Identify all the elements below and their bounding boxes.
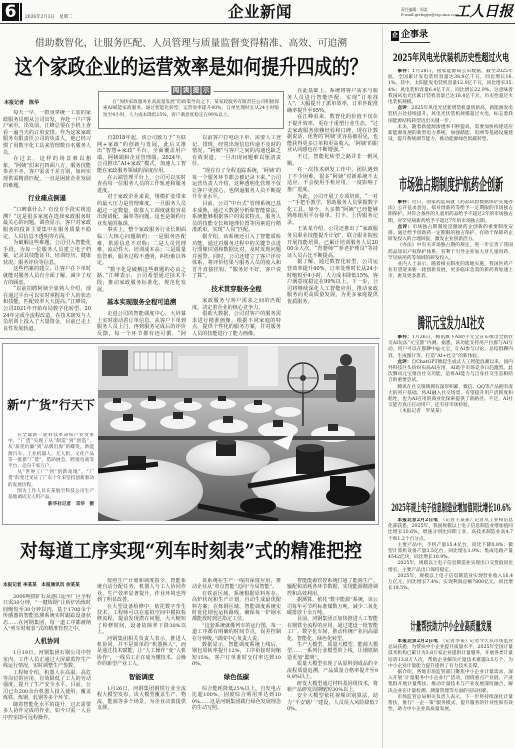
lead-label: 本报北京2月2日电: [397, 518, 438, 523]
paragraph: 目前，河钢集团正加快推进人工智能在钢铁全流程的应用，通过建设一批智能工厂、数字化…: [287, 616, 378, 642]
top-article-column-3: 以前客户打电话下单，需要人工登记、排班，经常出现信息传递不及时的情况，“阿姨”与…: [192, 135, 281, 337]
paragraph: 图为工作人员在某航空科技公司生产基地调试无人机产品。: [8, 489, 94, 501]
paragraph: 本报北京2月2日电 （记者王某某）记者从工业和信息化部获悉，2025年，我国规模…: [388, 518, 513, 543]
lead-label: 点评：: [397, 360, 411, 365]
paragraph: 在大型设备检修中，依托数字孪生技术，工程师可以在虚拟空间中模拟检修流程，提前发现…: [97, 604, 186, 636]
masthead-logo: 工人日报: [455, 3, 513, 21]
headline-text: 2025年风电光伏装机历史性超过火电: [392, 52, 508, 64]
paragraph: 自2018年起，该公司致力于“互联网+家政”的创新与发展，此后又推出“智慧+家政…: [97, 135, 186, 175]
paragraph: 为破解这些难题，公司引入智能化手段，为每一位服务人员建立电子档案，记录其技能证书…: [3, 240, 91, 266]
tip-title-char: 读: [182, 86, 191, 95]
paragraph: “现在有了全程追踪系统，‘阿姨’的每一个服务环节都会被记录下来。”公司运营负责人…: [192, 168, 281, 201]
sidebar-label-underline: [400, 42, 430, 43]
headline-text: 对每道工序实现“列车时刻表”式的精准把控: [20, 540, 362, 562]
paragraph: 事件：近日，国家药监局就《药品试验数据保护实施办法》公开征求意见，拟对创新药等给…: [388, 200, 513, 225]
paragraph: 1月19日，河钢集团石钢公司中控室内，工作人员正通过大屏幕监控生产线运行情况，实…: [3, 650, 91, 669]
section-title: 企业新闻: [228, 3, 292, 21]
paragraph: 借助大数据，公司对客户的服务需求进行精准画像，根据不同家庭的特点，提供个性化的服…: [192, 311, 281, 337]
paragraph: 研发大模型通过材料基因组技术，将新产品研发周期缩短30%以上。: [287, 681, 378, 694]
paragraph: 质量大模型实现了从原料到成品的全流程质量追溯，产品质量合格率提升至99.8%以上…: [287, 661, 378, 680]
paragraph: 在过去，这样的场景难以想象。“阿姨”们来自四面八方，服务技能参差不齐，客户需求千…: [3, 156, 91, 189]
bottom-article-column-2: 按照生产计划和调度指令，智能系统自动分配任务，机器人与工人协同作业，生产效率显著…: [97, 578, 186, 748]
newspaper-page: 6 2026年2月3日 星期二 企业新闻 责任编辑：周某 E-mail:grrb…: [0, 0, 515, 748]
paragraph: 主要产品中，手机产量15.4亿台，同比下降0.8%；微型计算机设备产量3.5亿台…: [388, 543, 513, 562]
top-article-column-4: 在此基础上，系统将客户需求与服务人员进行智能匹配，实现“订单找人”，大幅提升了派…: [287, 88, 378, 337]
subheading: 技术贯穿服务全程: [192, 286, 281, 294]
paragraph: 综合能耗降低25%以上，自发电占比超100%，固废综合利用率达到100%……这是…: [192, 686, 281, 712]
sidebar-item-4-body: 本报北京2月2日电 （记者王某某）记者从工业和信息化部获悉，2025年，我国规模…: [388, 518, 513, 606]
paragraph: 随着智能化水平的提升，过去需要多人协作完成的作业，如今只需一人在中控室即可远程操…: [3, 702, 91, 721]
editor-info: 责任编辑：周某 E-mail:grrbqiye@vip.sina.com: [401, 8, 459, 17]
paragraph: 2025年，规模以上电子信息制造业实现出口交货值同比增长，主要产品出口保持稳定。: [388, 561, 513, 573]
paragraph: 家政服务与客户需求之间的匹配度，决定着企业的核心竞争力。: [192, 298, 281, 311]
paragraph: “数字化是破解这些难题的必由之路。”江峰表示，公司希望通过技术手段，推动家政服务…: [97, 267, 186, 293]
paragraph: 安全大模型依托视频识别算法，助力“平安钢厂”建设，人员误入风险降低70%。: [287, 693, 378, 712]
paragraph: 对于家政企业来说，规模扩张带来的最大压力是管理难度。一旦服务人员超过一定数量，依…: [97, 194, 186, 227]
paragraph: “以前招聘阿姨全靠熟人介绍，现在通过平台可以实时掌握每个人的状态和技能，匹配效率…: [3, 286, 91, 332]
top-article-byline: 本报记者 陈华: [4, 100, 39, 106]
headline-text: 腾讯元宝发力AI社交: [417, 315, 484, 331]
top-article-subtitle: 借助数智化，让服务匹配、人员管理与质量监督变得精准、高效、可追溯: [0, 38, 382, 50]
paragraph: 这些档案的建立，让客户在下单时就能对服务人员有全面了解，减少了双方的顾虑。: [3, 266, 91, 286]
subheading: 人机协同: [3, 638, 91, 646]
paragraph: 在云端管理平台上，公司可以实时查看每一位服务人员的工作轨迹和服务进度。: [97, 175, 186, 195]
paragraph: 走进公司的智能调度中心，大屏幕上实时滚动着订单信息。从客户下单到服务人员上门，再…: [97, 311, 186, 337]
headline-text: 这个家政企业的运营效率是如何提升四成的？: [15, 55, 368, 79]
paragraph: 智能能源管控系统打通了能源生产、输配和消耗各环节数据，实现能源精准调控和高效利用…: [287, 578, 378, 597]
subheading: 行业痛点倒逼: [3, 195, 91, 203]
paragraph: 事件：1月26日，腾讯旗下AI助手元宝宣布推出全新社交AI玩法“元宝派”内测。据…: [388, 335, 513, 360]
paragraph: 按照生产计划和调度指令，智能系统自动分配任务，机器人与工人协同作业，生产效率显著…: [97, 578, 186, 604]
sidebar-divider: [382, 26, 383, 748]
drone-factory-photo: [98, 346, 375, 521]
sidebar-item-5-body: 本报北京2月2日电 （记者李某）记者今天从市场监管总局获悉，为帮扶中小企业提升质…: [388, 639, 513, 748]
sidebar-item-1-headline: 2025年风电光伏装机历史性超过火电: [388, 52, 513, 64]
feature-title-text: 新“广货”行天下: [7, 398, 95, 412]
drone-photo-icon: [98, 346, 375, 521]
tip-paragraph: 在“加快家政服务业高质量发展”的政策导向之下，某家政服务有限责任公司积极探索AI…: [103, 100, 279, 119]
paragraph: （本报记者 罗某某）: [388, 409, 513, 415]
tip-title-char: 阅: [172, 86, 181, 95]
paragraph: 业内人士表示，随着相关制度的落地实施，我国医药产业有望迎来新一轮创新发展，更多临…: [388, 262, 513, 281]
top-article-headline: 这个家政企业的运营效率是如何提升四成的？: [0, 55, 382, 79]
paragraph: 据测算，依托“数字能源”系统，该公司每年可节约标准煤数万吨，减少二氧化碳排放十余…: [287, 597, 378, 616]
editor-email: E-mail:grrbqiye@vip.sina.com: [401, 13, 459, 18]
paragraph: 2000吨铁矿石从港口运至厂区全程只需30分钟，“一键炼钢”让转炉冶炼时间缩短至…: [3, 594, 91, 632]
top-article-column-1: 每天一早，一群身穿统一工装的家政服务员便从公司出发，奔赴一户户客户家中。出发前，…: [3, 110, 91, 337]
paragraph: 本报北京2月2日电 （记者李某）记者今天从市场监管总局获悉，为帮扶中小企业提升质…: [388, 639, 513, 670]
bottom-article-column-4: 智能能源管控系统打通了能源生产、输配和消耗各环节数据，实现能源精准调控和高效利用…: [287, 578, 378, 748]
paragraph: 工程师介绍，机器人在高温、高危等岗位的应用，有效降低了工人的劳动强度，提升了生产…: [3, 670, 91, 702]
bottom-article-column-3: 该系统在生产一线的深度应用，推动企业从“单点智能”迈向“全局智能”。在铁前区域，…: [192, 578, 281, 748]
photo-feature-title: 新“广货”行天下: [6, 398, 96, 412]
sidebar-item-3-body: 事件：1月26日，腾讯旗下AI助手元宝宣布推出全新社交AI玩法“元宝派”内测。据…: [388, 335, 513, 493]
paragraph: 不过，智能化转型之路并非一帆风顺。: [287, 154, 378, 167]
qishilu-logo-icon: 企: [391, 31, 399, 41]
reading-tip-text: 在“加快家政服务业高质量发展”的政策导向之下，某家政服务有限责任公司积极探索AI…: [103, 100, 279, 119]
lead-label: 点评：: [397, 225, 412, 230]
paragraph: 在全球新一轮科技革命和产业变革中，“广货”实现了从“制造”到“创造”、从“质优价…: [8, 433, 94, 470]
sidebar-item-2-headline: 市场独占期制度护航药企创新: [388, 176, 513, 193]
paragraph: 生产大模型、质量大模型、能源大模型……一系列行业模型的上线，让钢铁制造更加“聪明…: [287, 642, 378, 661]
paragraph: 在江峰看来，数智化的价值不仅在于提升效率，更在于重塑行业生态。“过去家政服务依赖…: [287, 114, 378, 154]
paragraph: 点评：自ChatGPT掀起生成式人工智能浪潮以来，国内外科技巨头纷纷布局AI应用…: [388, 360, 513, 385]
paragraph: 事实上，整个家政服务行业长期面临三大核心问题制约：一是服务匹配难，供需信息不对称…: [97, 227, 186, 267]
lead-label: 点评：: [397, 106, 411, 111]
sidebar-item-5-headline: 计量帮扶助力中小企业高质量发展: [388, 620, 513, 633]
subheading: 智能调度: [97, 674, 186, 682]
paragraph: 腾讯在社交领域拥有深厚积累，微信、QQ等产品拥有庞大的用户基础。将AI融入社交场…: [388, 385, 513, 410]
paragraph: 市场监管总局相关负责人表示，下一步将持续深化计量帮扶，推行“一企一策”服务模式，…: [388, 695, 513, 714]
reading-tip-box: 阅 读 提 示 在“加快家政服务业高质量发展”的政策导向之下，某家政服务有限责任…: [98, 91, 284, 129]
reading-tip-title: 阅 读 提 示: [169, 86, 214, 95]
paragraph: “这套系统就像列车的运行图，每一道工序都有明确的时间节点，误差控制在分钟级。”调…: [192, 623, 281, 642]
paragraph: 数据显示，智能调度系统上线后，钢包周转率提升12%，工序衔接时间缩短15%，客户…: [192, 642, 281, 668]
subheading: 绿色低碳: [192, 674, 281, 682]
sidebar-item-4-headline: 2025年规上电子信息制造业增加值同比增长10.6%: [388, 502, 513, 514]
paragraph: 以前客户打电话下单，需要人工登记、排班，经常出现信息传递不及时的情况，“阿姨”与…: [192, 135, 281, 168]
paragraph: 据介绍，该系统还引入了智能质检功能，通过对服务过程中的关键节点进行图像识别和数据…: [192, 234, 281, 280]
paragraph: 《办法》中有关市场独占期的规定，进一步完善了我国药品知识产权保护体系，有利于引导…: [388, 243, 513, 262]
lead-label: 事件：: [397, 69, 412, 74]
tip-title-char: 提: [192, 86, 201, 95]
header-divider: [0, 23, 515, 24]
paragraph: 王某某介绍，公司还推出了“家政服务员职业技能提升计划”，联合职业院校开展技能培训…: [287, 226, 378, 259]
paragraph: 该系统在生产一线的深度应用，推动企业从“单点智能”迈向“全局智能”。: [192, 578, 281, 591]
headline-text: 市场独占期制度护航药企创新: [398, 176, 502, 193]
paragraph: 据了解，通过数智化转型，公司运营效率提升40%，订单处理时长从24小时缩短至4小…: [287, 259, 378, 305]
bottom-article-headline: 对每道工序实现“列车时刻表”式的精准把控: [0, 540, 382, 562]
headline-text: 2025年规上电子信息制造业增加值同比增长10.6%: [391, 502, 510, 514]
caption-paragraphs: 在全球新一轮科技革命和产业变革中，“广货”实现了从“制造”到“创造”、从“质优价…: [8, 433, 94, 501]
page-number-bar: [20, 3, 22, 21]
sidebar-section-label: 企事录: [401, 30, 428, 41]
issue-date: 2026年2月3日 星期二: [25, 15, 73, 20]
paragraph: 从“世界工厂”到“创新高地”，“广货”的变迁见证了广东十年来坚持创新驱动的发展历…: [8, 470, 94, 489]
paragraph: 河钢集团相关负责人表示，推进人机协同，并不是简单的“机器换人”，而是通过技术赋能…: [97, 636, 186, 668]
paragraph: 为此，公司开展了专项培训，“一对一”手把手教学，帮助服务人员掌握数字化工具。如今…: [287, 194, 378, 227]
paragraph: 1月26日，河钢集团钢铁行业全流程大模型发布，该大模型覆盖生产、物流、能源等多个…: [97, 686, 186, 712]
article-divider: [0, 338, 380, 339]
paragraph: 点评：市场独占期制度是激励药企创新的重要制度安排。通过给予创新药一定期限的独占保…: [388, 225, 513, 244]
bottom-article-column-1: 2000吨铁矿石从港口运至厂区全程只需30分钟，“一键炼钢”让转炉冶炼时间缩短至…: [3, 594, 91, 748]
lead-label: 事件：: [397, 335, 411, 340]
paragraph: 点评：2025年风电光伏新增装机量创新高，新能源发电装机占比持续提升。风电光伏装…: [388, 106, 513, 125]
headline-text: 计量帮扶助力中小企业高质量发展: [410, 620, 491, 633]
paragraph: 目前，公司“中台式”管理系统已基本成熟，通过大数据分析和智能算法，系统能够根据客…: [192, 201, 281, 234]
subheading: 基本实现服务全程可追溯: [97, 299, 186, 307]
sidebar-item-2-body: 事件：近日，国家药监局就《药品试验数据保护实施办法》公开征求意见，拟对创新药等给…: [388, 200, 513, 310]
page-number: 6: [2, 3, 19, 21]
subtitle-text: 借助数智化，让服务匹配、人员管理与质量监督变得精准、高效、可追溯: [35, 38, 347, 50]
sidebar-item-1-body: 事件：1月28日，国家能源局公布数据，截至2025年底，全国累计发电装机容量达3…: [388, 69, 513, 171]
paragraph: 在一次技术研发工作中，团队遇到了不少困难，很多“阿姨”对新系统不太适应，不会使用…: [287, 167, 378, 193]
photo-caption: 在全球新一轮科技革命和产业变革中，“广货”实现了从“制造”到“创造”、从“质优价…: [8, 433, 94, 519]
paragraph: 每天一早，一群身穿统一工装的家政服务员便从公司出发，奔赴一户户客户家中。出发前，…: [3, 110, 91, 156]
paragraph: 在铁前区域，系统根据原料库存、高炉状况和生产计划，自动生成最优配料方案；在炼钢区…: [192, 591, 281, 623]
paragraph: “口碑靠什么？有没有手段实现追溯？”这是很多家庭在选择家政服务时最关心的问题。调…: [3, 207, 91, 240]
paragraph: 据介绍，各地市场监管部门聚焦中小企业计量需求，深入开展“计量服务中小企业行”活动…: [388, 670, 513, 695]
paragraph: 未来，随着新能源渗透率不断提高，需要加快构建适应新能源发展的新型电力系统，加强储…: [388, 125, 513, 144]
paragraph: 事件：1月28日，国家能源局公布数据，截至2025年底，全国累计发电装机容量达3…: [388, 69, 513, 106]
lead-label: 本报北京2月2日电: [397, 639, 438, 644]
tip-title-char: 示: [202, 86, 211, 95]
lead-label: 事件：: [397, 200, 411, 205]
paragraph: 在此基础上，系统将客户需求与服务人员进行智能匹配，实现“订单找人”，大幅提升了派…: [287, 88, 378, 114]
top-article-column-2: 自2018年起，该公司致力于“互联网+家政”的创新与发展，此后又推出“智慧+家政…: [97, 135, 186, 337]
sidebar-item-3-headline: 腾讯元宝发力AI社交: [388, 315, 513, 331]
paragraph: 2025年，规模以上电子信息制造业实现营业收入16.4万亿元，同比增长7.4%；…: [388, 574, 513, 593]
photo-credit: 新华社记者 邓华 摄: [8, 502, 94, 508]
bottom-article-byline: 本报记者 李某某 本报通讯员 余某某: [3, 583, 80, 589]
